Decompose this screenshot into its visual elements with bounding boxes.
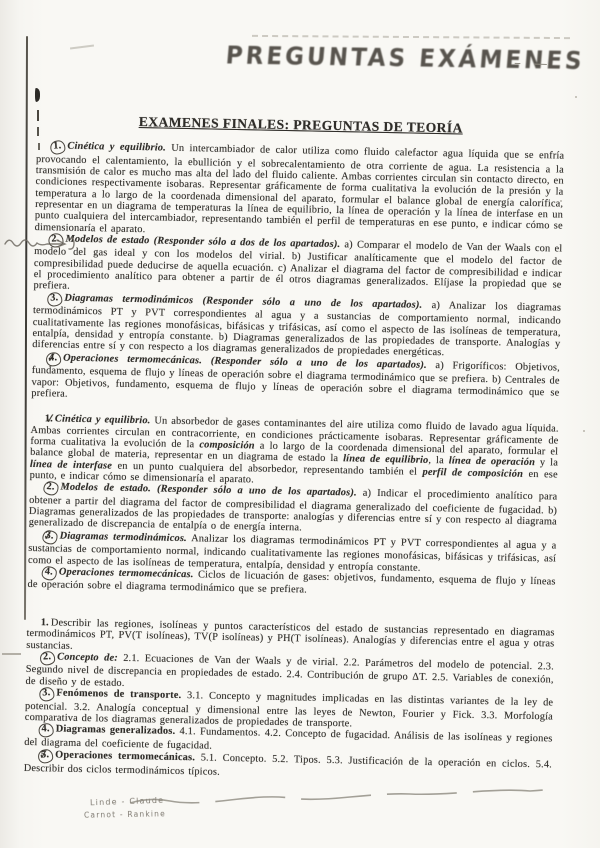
photocopy-speck [583,430,585,432]
photocopy-speck [575,96,577,98]
circled-item-number: 3. [47,292,63,306]
circled-item-number: 2. [43,481,59,496]
question-text: Diagramas termodinámicos. [60,530,187,544]
photocopy-artifact [35,88,40,102]
question-text: Concepto de: [57,651,118,663]
question-item: 1.Cinética y equilibrio. Un intercambiad… [35,140,565,243]
question-text: Operaciones termomecánicas. [59,567,194,581]
photocopy-artifact [2,653,21,655]
pencil-dash [70,45,94,50]
question-block-exam-3: 1.Describir las regiones, isolíneas y pu… [24,617,555,785]
pencil-trailing-dashes: – — [514,55,552,72]
question-text: Un intercambiador de calor utiliza como … [35,143,565,235]
circled-item-number: 1. [50,140,66,154]
circled-item-number: 2. [40,651,56,665]
question-text: Diagramas generalizados. [56,724,176,737]
circled-item-number: 4. [41,566,57,581]
scanned-page: PREGUNTAS EXÁMENES – — EXAMENES FINALES:… [0,0,600,848]
photocopy-edge-line [24,36,28,620]
handwritten-note: Carnot - Rankine [84,809,166,819]
question-text: y la [535,457,558,468]
question-text: Cinética y equilibrio. [67,141,166,154]
question-item: 2.Modelos de estado (Responder sólo a do… [33,233,562,302]
question-text: a) Analizar los diagramas termodinámicos… [32,300,561,359]
pencil-dash-line [252,35,570,39]
circled-item-number: 3. [39,687,55,701]
circled-item-number: 3. [42,530,58,545]
question-item: 3.Diagramas termodinámicos (Responder só… [32,292,561,361]
question-text: Describir las regiones, isolíneas y punt… [26,617,555,651]
question-block-exam-1: 1.Cinética y equilibrio. Un intercambiad… [31,140,564,410]
page-title: EXAMENES FINALES: PREGUNTAS DE TEORÍA [37,112,565,139]
circled-item-number: 4. [38,723,54,737]
printed-content: EXAMENES FINALES: PREGUNTAS DE TEORÍA 1.… [24,112,565,784]
question-item: ✓1.Cinética y equilibrio. Un absorbedor … [30,412,559,492]
pencil-wavy-line [128,789,568,807]
circled-item-number: 4. [46,352,62,366]
margin-scribble-arrow [2,231,84,255]
question-text: composición [199,439,255,451]
question-item: ✓4.Operaciones termomecánicas. (Responde… [31,351,560,410]
question-text: , la [428,455,449,466]
question-text: perfil de composición [422,466,523,479]
question-text: Operaciones termomecánicas. [55,750,195,764]
item-number: 1. [41,617,49,628]
question-blocks: 1.Cinética y equilibrio. Un intercambiad… [24,140,565,784]
question-block-exam-2: ✓1.Cinética y equilibrio. Un absorbedor … [27,412,558,601]
circled-item-number: 5. [38,749,54,763]
question-text: Fenómenos de transporte. [56,688,181,702]
